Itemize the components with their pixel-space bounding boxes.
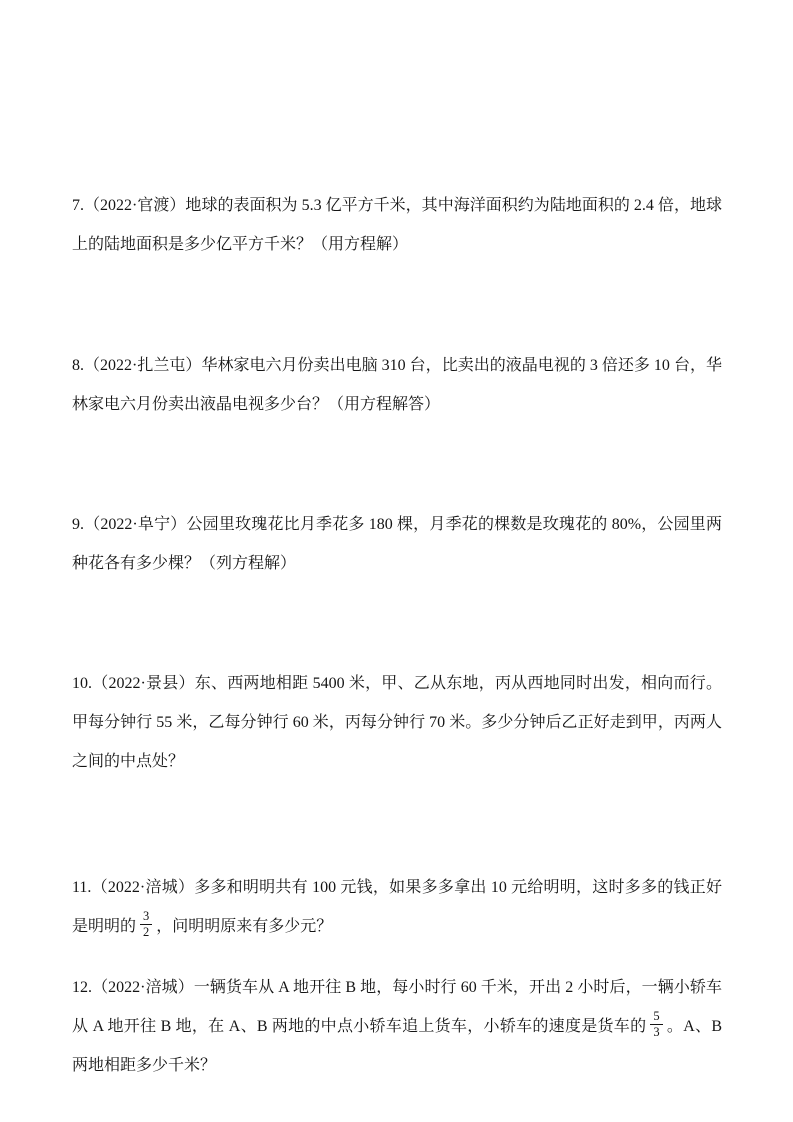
fraction-denominator: 2 — [140, 924, 152, 939]
fraction-3-2: 32 — [140, 909, 152, 939]
problem-11-text-after: ，问明明原来有多少元？ — [156, 918, 332, 935]
problem-8: 8.（2022·扎兰屯）华林家电六月份卖出电脑 310 台，比卖出的液晶电视的 … — [72, 346, 722, 424]
problem-7: 7.（2022·官渡）地球的表面积为 5.3 亿平方千米，其中海洋面积约为陆地面… — [72, 186, 722, 264]
problem-11: 11.（2022·涪城）多多和明明共有 100 元钱，如果多多拿出 10 元给明… — [72, 868, 722, 946]
problem-12-text-before: 12.（2022·涪城）一辆货车从 A 地开往 B 地，每小时行 60 千米，开… — [72, 979, 722, 1035]
fraction-5-3: 53 — [650, 1009, 662, 1039]
fraction-numerator: 3 — [140, 909, 152, 923]
problem-10: 10.（2022·景县）东、西两地相距 5400 米，甲、乙从东地，丙从西地同时… — [72, 664, 722, 781]
fraction-denominator: 3 — [650, 1024, 662, 1039]
document-page: 7.（2022·官渡）地球的表面积为 5.3 亿平方千米，其中海洋面积约为陆地面… — [0, 0, 793, 1122]
problem-12: 12.（2022·涪城）一辆货车从 A 地开往 B 地，每小时行 60 千米，开… — [72, 968, 722, 1085]
fraction-numerator: 5 — [650, 1009, 662, 1023]
problem-9: 9.（2022·阜宁）公园里玫瑰花比月季花多 180 棵，月季花的棵数是玫瑰花的… — [72, 505, 722, 583]
